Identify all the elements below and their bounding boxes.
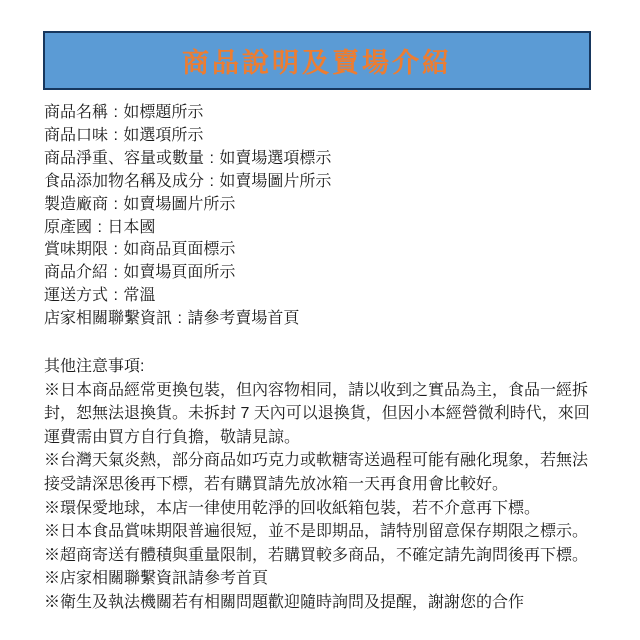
info-separator: : bbox=[108, 287, 123, 304]
info-value: 請參考賣場首頁 bbox=[187, 310, 299, 327]
info-value: 如賣場頁面所示 bbox=[123, 264, 235, 281]
info-label: 原產國 bbox=[44, 219, 92, 236]
product-info-row: 商品口味 : 如選項所示 bbox=[44, 125, 601, 148]
note-paragraph: ※超商寄送有體積與重量限制，若購買較多商品，不確定請先詢問後再下標。 bbox=[44, 544, 601, 568]
info-separator: : bbox=[204, 173, 219, 190]
product-info-row: 店家相關聯繫資訊 : 請參考賣場首頁 bbox=[44, 308, 601, 331]
info-separator: : bbox=[108, 264, 123, 281]
product-info-row: 食品添加物名稱及成分 : 如賣場圖片所示 bbox=[44, 171, 601, 194]
info-separator: : bbox=[108, 241, 123, 258]
product-info-row: 賞味期限 : 如商品頁面標示 bbox=[44, 239, 601, 262]
header-banner: 商品說明及賣場介紹 bbox=[43, 31, 591, 90]
info-label: 運送方式 bbox=[44, 287, 108, 304]
info-separator: : bbox=[204, 150, 219, 167]
product-description-page: 商品說明及賣場介紹 商品名稱 : 如標題所示商品口味 : 如選項所示商品淨重、容… bbox=[0, 0, 640, 640]
info-separator: : bbox=[172, 310, 187, 327]
info-label: 商品口味 bbox=[44, 127, 108, 144]
note-paragraph: ※環保愛地球，本店一律使用乾淨的回收紙箱包裝，若不介意再下標。 bbox=[44, 497, 601, 521]
info-label: 商品淨重、容量或數量 bbox=[44, 150, 204, 167]
product-info-row: 商品介紹 : 如賣場頁面所示 bbox=[44, 262, 601, 285]
info-label: 商品名稱 bbox=[44, 104, 108, 121]
product-info-row: 運送方式 : 常溫 bbox=[44, 285, 601, 308]
info-separator: : bbox=[108, 127, 123, 144]
page-title: 商品說明及賣場介紹 bbox=[182, 41, 452, 80]
product-info-row: 商品淨重、容量或數量 : 如賣場選項標示 bbox=[44, 148, 601, 171]
note-paragraph: ※店家相關聯繫資訊請參考首頁 bbox=[44, 567, 601, 591]
notes-heading: 其他注意事項: bbox=[44, 355, 601, 379]
info-label: 製造廠商 bbox=[44, 196, 108, 213]
note-paragraph: ※衛生及執法機關若有相關問題歡迎隨時詢問及提醒，謝謝您的合作 bbox=[44, 591, 601, 615]
note-paragraph: ※日本商品經常更換包裝，但內容物相同，請以收到之實品為主，食品一經拆封，恕無法退… bbox=[44, 379, 601, 450]
info-value: 如賣場圖片所示 bbox=[219, 173, 331, 190]
info-label: 賞味期限 bbox=[44, 241, 108, 258]
info-value: 如商品頁面標示 bbox=[123, 241, 235, 258]
info-label: 商品介紹 bbox=[44, 264, 108, 281]
product-info-list: 商品名稱 : 如標題所示商品口味 : 如選項所示商品淨重、容量或數量 : 如賣場… bbox=[44, 102, 601, 331]
info-value: 如選項所示 bbox=[123, 127, 203, 144]
product-info-row: 原產國 : 日本國 bbox=[44, 217, 601, 240]
info-label: 食品添加物名稱及成分 bbox=[44, 173, 204, 190]
product-info-row: 商品名稱 : 如標題所示 bbox=[44, 102, 601, 125]
info-separator: : bbox=[92, 219, 107, 236]
product-info-row: 製造廠商 : 如賣場圖片所示 bbox=[44, 194, 601, 217]
notes-section: 其他注意事項: ※日本商品經常更換包裝，但內容物相同，請以收到之實品為主，食品一… bbox=[44, 355, 601, 615]
info-label: 店家相關聯繫資訊 bbox=[44, 310, 172, 327]
info-separator: : bbox=[108, 104, 123, 121]
note-paragraph: ※台灣天氣炎熱，部分商品如巧克力或軟糖寄送過程可能有融化現象，若無法接受請深思後… bbox=[44, 449, 601, 496]
info-value: 日本國 bbox=[107, 219, 155, 236]
note-paragraph: ※日本食品賞味期限普遍很短，並不是即期品，請特別留意保存期限之標示。 bbox=[44, 520, 601, 544]
notes-list: ※日本商品經常更換包裝，但內容物相同，請以收到之實品為主，食品一經拆封，恕無法退… bbox=[44, 379, 601, 615]
info-value: 如賣場選項標示 bbox=[219, 150, 331, 167]
info-value: 常溫 bbox=[123, 287, 155, 304]
info-value: 如賣場圖片所示 bbox=[123, 196, 235, 213]
info-value: 如標題所示 bbox=[123, 104, 203, 121]
info-separator: : bbox=[108, 196, 123, 213]
